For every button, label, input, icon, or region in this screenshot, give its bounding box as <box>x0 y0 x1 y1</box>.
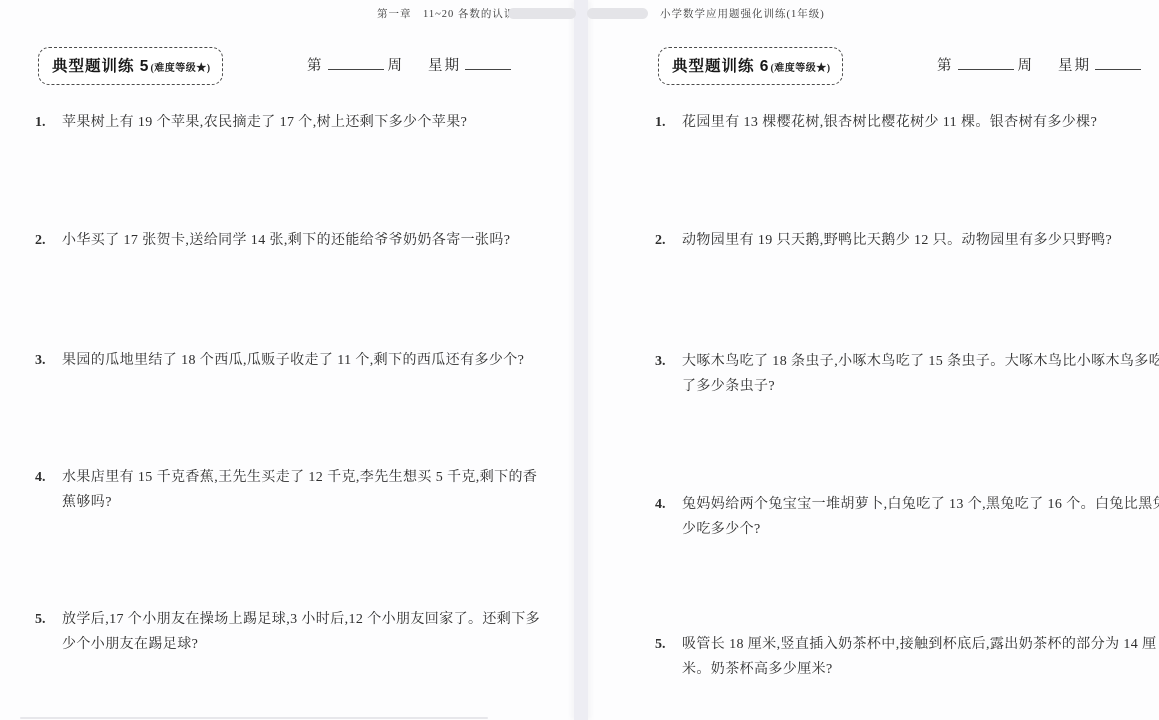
problem-text: 果园的瓜地里结了 18 个西瓜,瓜贩子收走了 11 个,剩下的西瓜还有多少个? <box>62 349 524 374</box>
problem-item: 2. 动物园里有 19 只天鹅,野鸭比天鹅少 12 只。动物园里有多少只野鸭? <box>655 229 1112 254</box>
page-right: 典型题训练 6 (难度等级★) 第周星期 1. 花园里有 13 棵樱花树,银杏树… <box>588 0 1159 720</box>
problem-text-line: 米。奶茶杯高多少厘米? <box>682 658 1157 683</box>
problem-text: 吸管长 18 厘米,竖直插入奶茶杯中,接触到杯底后,露出奶茶杯的部分为 14 厘… <box>682 633 1157 682</box>
problem-list: 1. 花园里有 13 棵樱花树,银杏树比樱花树少 11 棵。银杏树有多少棵? 2… <box>588 0 1159 720</box>
page-bottom-edge <box>20 717 488 719</box>
problem-item: 3. 果园的瓜地里结了 18 个西瓜,瓜贩子收走了 11 个,剩下的西瓜还有多少… <box>35 349 524 374</box>
problem-number: 5. <box>655 633 666 658</box>
problem-text-line: 了多少条虫子? <box>682 375 1159 400</box>
problem-number: 4. <box>655 493 666 518</box>
problem-item: 1. 花园里有 13 棵樱花树,银杏树比樱花树少 11 棵。银杏树有多少棵? <box>655 111 1097 136</box>
problem-item: 4. 兔妈妈给两个兔宝宝一堆胡萝卜,白兔吃了 13 个,黑兔吃了 16 个。白兔… <box>655 493 1159 542</box>
problem-number: 2. <box>35 229 46 254</box>
problem-text-line: 少个小朋友在踢足球? <box>62 633 540 658</box>
problem-text-line: 苹果树上有 19 个苹果,农民摘走了 17 个,树上还剩下多少个苹果? <box>62 111 467 136</box>
problem-text-line: 果园的瓜地里结了 18 个西瓜,瓜贩子收走了 11 个,剩下的西瓜还有多少个? <box>62 349 524 374</box>
problem-item: 5. 放学后,17 个小朋友在操场上踢足球,3 小时后,12 个小朋友回家了。还… <box>35 608 540 657</box>
problem-text-line: 大啄木鸟吃了 18 条虫子,小啄木鸟吃了 15 条虫子。大啄木鸟比小啄木鸟多吃 <box>682 350 1159 375</box>
problem-number: 3. <box>35 349 46 374</box>
problem-text-line: 少吃多少个? <box>682 518 1159 543</box>
problem-list: 1. 苹果树上有 19 个苹果,农民摘走了 17 个,树上还剩下多少个苹果? 2… <box>0 0 574 720</box>
problem-text-line: 兔妈妈给两个兔宝宝一堆胡萝卜,白兔吃了 13 个,黑兔吃了 16 个。白兔比黑兔 <box>682 493 1159 518</box>
problem-text-line: 小华买了 17 张贺卡,送给同学 14 张,剩下的还能给爷爷奶奶各寄一张吗? <box>62 229 510 254</box>
problem-number: 2. <box>655 229 666 254</box>
problem-text-line: 动物园里有 19 只天鹅,野鸭比天鹅少 12 只。动物园里有多少只野鸭? <box>682 229 1112 254</box>
problem-text-line: 花园里有 13 棵樱花树,银杏树比樱花树少 11 棵。银杏树有多少棵? <box>682 111 1097 136</box>
problem-text-line: 蕉够吗? <box>62 491 537 516</box>
problem-text: 大啄木鸟吃了 18 条虫子,小啄木鸟吃了 15 条虫子。大啄木鸟比小啄木鸟多吃了… <box>682 350 1159 399</box>
problem-number: 3. <box>655 350 666 375</box>
problem-text: 动物园里有 19 只天鹅,野鸭比天鹅少 12 只。动物园里有多少只野鸭? <box>682 229 1112 254</box>
problem-item: 4. 水果店里有 15 千克香蕉,王先生买走了 12 千克,李先生想买 5 千克… <box>35 466 537 515</box>
problem-text: 水果店里有 15 千克香蕉,王先生买走了 12 千克,李先生想买 5 千克,剩下… <box>62 466 537 515</box>
page-left: 典型题训练 5 (难度等级★) 第周星期 1. 苹果树上有 19 个苹果,农民摘… <box>0 0 574 720</box>
workbook-spread: 第一章 11~20 各数的认识 小学数学应用题强化训练(1年级) 典型题训练 5… <box>0 0 1159 720</box>
problem-number: 4. <box>35 466 46 491</box>
problem-item: 1. 苹果树上有 19 个苹果,农民摘走了 17 个,树上还剩下多少个苹果? <box>35 111 467 136</box>
problem-text: 花园里有 13 棵樱花树,银杏树比樱花树少 11 棵。银杏树有多少棵? <box>682 111 1097 136</box>
problem-item: 2. 小华买了 17 张贺卡,送给同学 14 张,剩下的还能给爷爷奶奶各寄一张吗… <box>35 229 510 254</box>
problem-text: 兔妈妈给两个兔宝宝一堆胡萝卜,白兔吃了 13 个,黑兔吃了 16 个。白兔比黑兔… <box>682 493 1159 542</box>
problem-number: 5. <box>35 608 46 633</box>
problem-item: 5. 吸管长 18 厘米,竖直插入奶茶杯中,接触到杯底后,露出奶茶杯的部分为 1… <box>655 633 1157 682</box>
problem-text: 苹果树上有 19 个苹果,农民摘走了 17 个,树上还剩下多少个苹果? <box>62 111 467 136</box>
problem-number: 1. <box>655 111 666 136</box>
problem-number: 1. <box>35 111 46 136</box>
problem-text-line: 放学后,17 个小朋友在操场上踢足球,3 小时后,12 个小朋友回家了。还剩下多 <box>62 608 540 633</box>
problem-text-line: 水果店里有 15 千克香蕉,王先生买走了 12 千克,李先生想买 5 千克,剩下… <box>62 466 537 491</box>
problem-text: 小华买了 17 张贺卡,送给同学 14 张,剩下的还能给爷爷奶奶各寄一张吗? <box>62 229 510 254</box>
problem-text-line: 吸管长 18 厘米,竖直插入奶茶杯中,接触到杯底后,露出奶茶杯的部分为 14 厘 <box>682 633 1157 658</box>
problem-text: 放学后,17 个小朋友在操场上踢足球,3 小时后,12 个小朋友回家了。还剩下多… <box>62 608 540 657</box>
problem-item: 3. 大啄木鸟吃了 18 条虫子,小啄木鸟吃了 15 条虫子。大啄木鸟比小啄木鸟… <box>655 350 1159 399</box>
page-gutter <box>574 0 588 720</box>
